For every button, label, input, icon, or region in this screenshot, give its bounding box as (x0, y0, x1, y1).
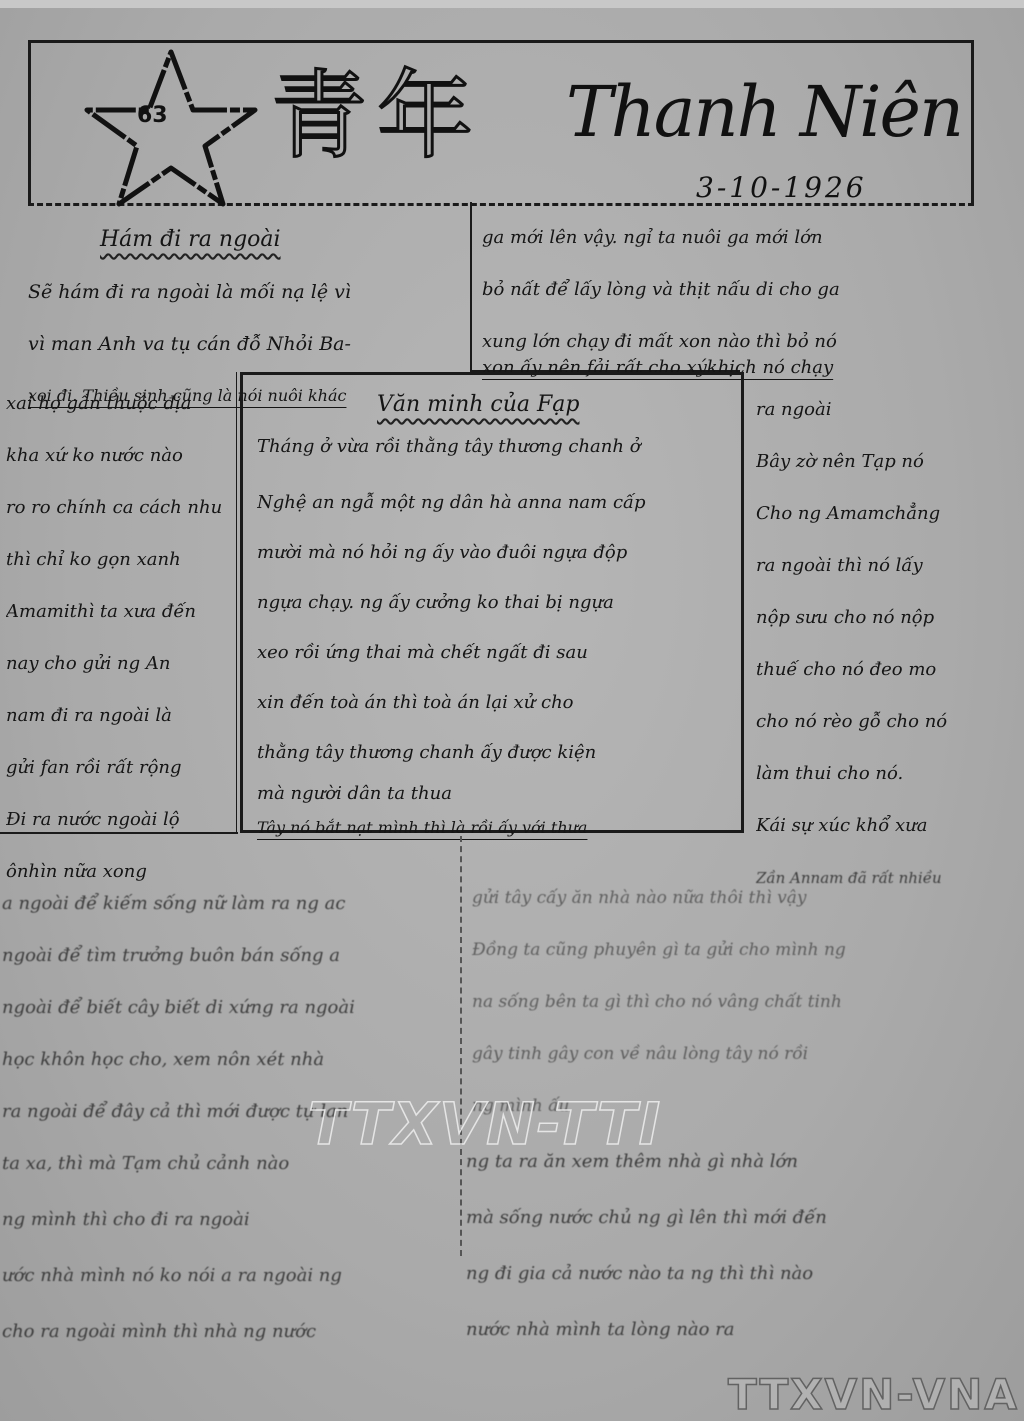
text-line: làm thui cho nó. (756, 748, 1018, 800)
text-line: a ngoài để kiếm sống nữ làm ra ng ac (2, 878, 452, 930)
text-line: mà người dân ta thua (257, 777, 733, 811)
text-line: mà sống nước chủ ng gì lên thì mới đến (466, 1192, 1006, 1248)
divider-under-box (0, 832, 238, 834)
text-line: ra ngoài thì nó lấy (756, 540, 1018, 592)
issue-date: 3-10-1926 (696, 171, 867, 204)
photo-top-edge (0, 0, 1024, 8)
text-line: xeo rồi ứng thai mà chết ngất đi sau (257, 627, 733, 677)
text-line: ng mình thì cho đi ra ngoài (2, 1194, 452, 1250)
text-line: kha xứ ko nước nào (6, 430, 232, 482)
right-column-narrow: ra ngoài Bây zờ nên Tạp nó Cho ng Amamch… (756, 384, 1018, 904)
text-line: nước nhà mình ta lòng nào ra (466, 1304, 1006, 1360)
text-line: ro ro chính ca cách nhu (6, 482, 232, 534)
watermark-center: TTXVN-TTI (308, 1090, 662, 1158)
left-column-heading: Hám đi ra ngoài (28, 214, 464, 266)
lower-column-divider (460, 836, 462, 1256)
text-line: ước nhà mình nó ko nói a ra ngoài ng (2, 1250, 452, 1306)
lower-right-column-cont: ng ta ra ăn xem thêm nhà gì nhà lớn mà s… (466, 1136, 1006, 1360)
left-column-narrow: xai họ gần thuộc địa kha xứ ko nước nào … (6, 378, 232, 898)
text-line: na sống bên ta gì thì cho nó vâng chất t… (472, 976, 1002, 1028)
text-line: Tây nó bắt nạt mình thì là rồi ấy với th… (257, 811, 733, 845)
text-line: mười mà nó hỏi ng ấy vào đuôi ngựa độp (257, 527, 733, 577)
text-line: Nghệ an ngẫ một ng dân hà anna nam cấp (257, 477, 733, 527)
star-icon (81, 48, 261, 208)
text-line: Đi ra nước ngoài lộ (6, 794, 232, 846)
text-line: Tháng ở vừa rồi thằng tây thương chanh ở (257, 427, 733, 477)
text-line: gửi tây cấy ăn nhà nào nữa thôi thì vậy (472, 872, 1002, 924)
text-line: gây tinh gây con về nâu lòng tây nó rồi (472, 1028, 1002, 1080)
text-line: Bây zờ nên Tạp nó (756, 436, 1018, 488)
column-divider-top (470, 202, 472, 372)
text-line: nộp sưu cho nó nộp (756, 592, 1018, 644)
text-line: Sẽ hám đi ra ngoài là mối nạ lệ vì (28, 266, 464, 318)
text-line: xai họ gần thuộc địa (6, 378, 232, 430)
boxed-article: Văn minh của Fạp Tháng ở vừa rồi thằng t… (240, 372, 744, 833)
text-line: thì chỉ ko gọn xanh (6, 534, 232, 586)
text-line: cho nó rèo gỗ cho nó (756, 696, 1018, 748)
masthead: 63 青年 Thanh Niên 3-10-1926 (28, 40, 974, 206)
star-number: 63 (137, 103, 168, 128)
newspaper-page: 63 青年 Thanh Niên 3-10-1926 Hám đi ra ngo… (0, 0, 1024, 1421)
text-line: gửi fan rồi rất rộng (6, 742, 232, 794)
text-line: vì man Anh va tụ cán đỗ Nhỏi Ba- (28, 318, 464, 370)
text-line: nay cho gửi ng An (6, 638, 232, 690)
text-line: ngoài để biết cây biết di xứng ra ngoài (2, 982, 452, 1034)
text-line: Amamithì ta xưa đến (6, 586, 232, 638)
text-line: ng đi gia cả nước nào ta ng thì thì nào (466, 1248, 1006, 1304)
text-line: xin đến toà án thì toà án lại xử cho (257, 677, 733, 727)
text-line: ngoài để tìm trưởng buôn bán sống a (2, 930, 452, 982)
boxed-article-heading: Văn minh của Fạp (257, 383, 733, 427)
text-line: học khôn học cho, xem nôn xét nhà (2, 1034, 452, 1086)
boxed-article-body: Văn minh của Fạp Tháng ở vừa rồi thằng t… (257, 383, 733, 845)
text-line: Đồng ta cũng phuyên gì ta gửi cho mình n… (472, 924, 1002, 976)
text-line: cho ra ngoài mình thì nhà ng nước (2, 1306, 452, 1362)
text-line: nam đi ra ngoài là (6, 690, 232, 742)
text-line: ngựa chạy. ng ấy cưởng ko thai bị ngựa (257, 577, 733, 627)
watermark-corner: TTXVN-VNA (728, 1370, 1019, 1419)
text-line: bỏ nất để lấy lòng và thịt nấu di cho ga (482, 264, 992, 316)
masthead-title: Thanh Niên (566, 71, 962, 153)
text-line: thuế cho nó đeo mo (756, 644, 1018, 696)
text-line: Kái sự xúc khổ xưa (756, 800, 1018, 852)
text-line: ra ngoài (756, 384, 1018, 436)
left-column-rule (236, 372, 237, 832)
text-line: thằng tây thương chanh ấy được kiện (257, 727, 733, 777)
text-line: ga mới lên vậy. ngỉ ta nuôi ga mới lớn (482, 212, 992, 264)
hanzi-title: 青年 (271, 61, 483, 171)
text-line: Cho ng Amamchẳng (756, 488, 1018, 540)
